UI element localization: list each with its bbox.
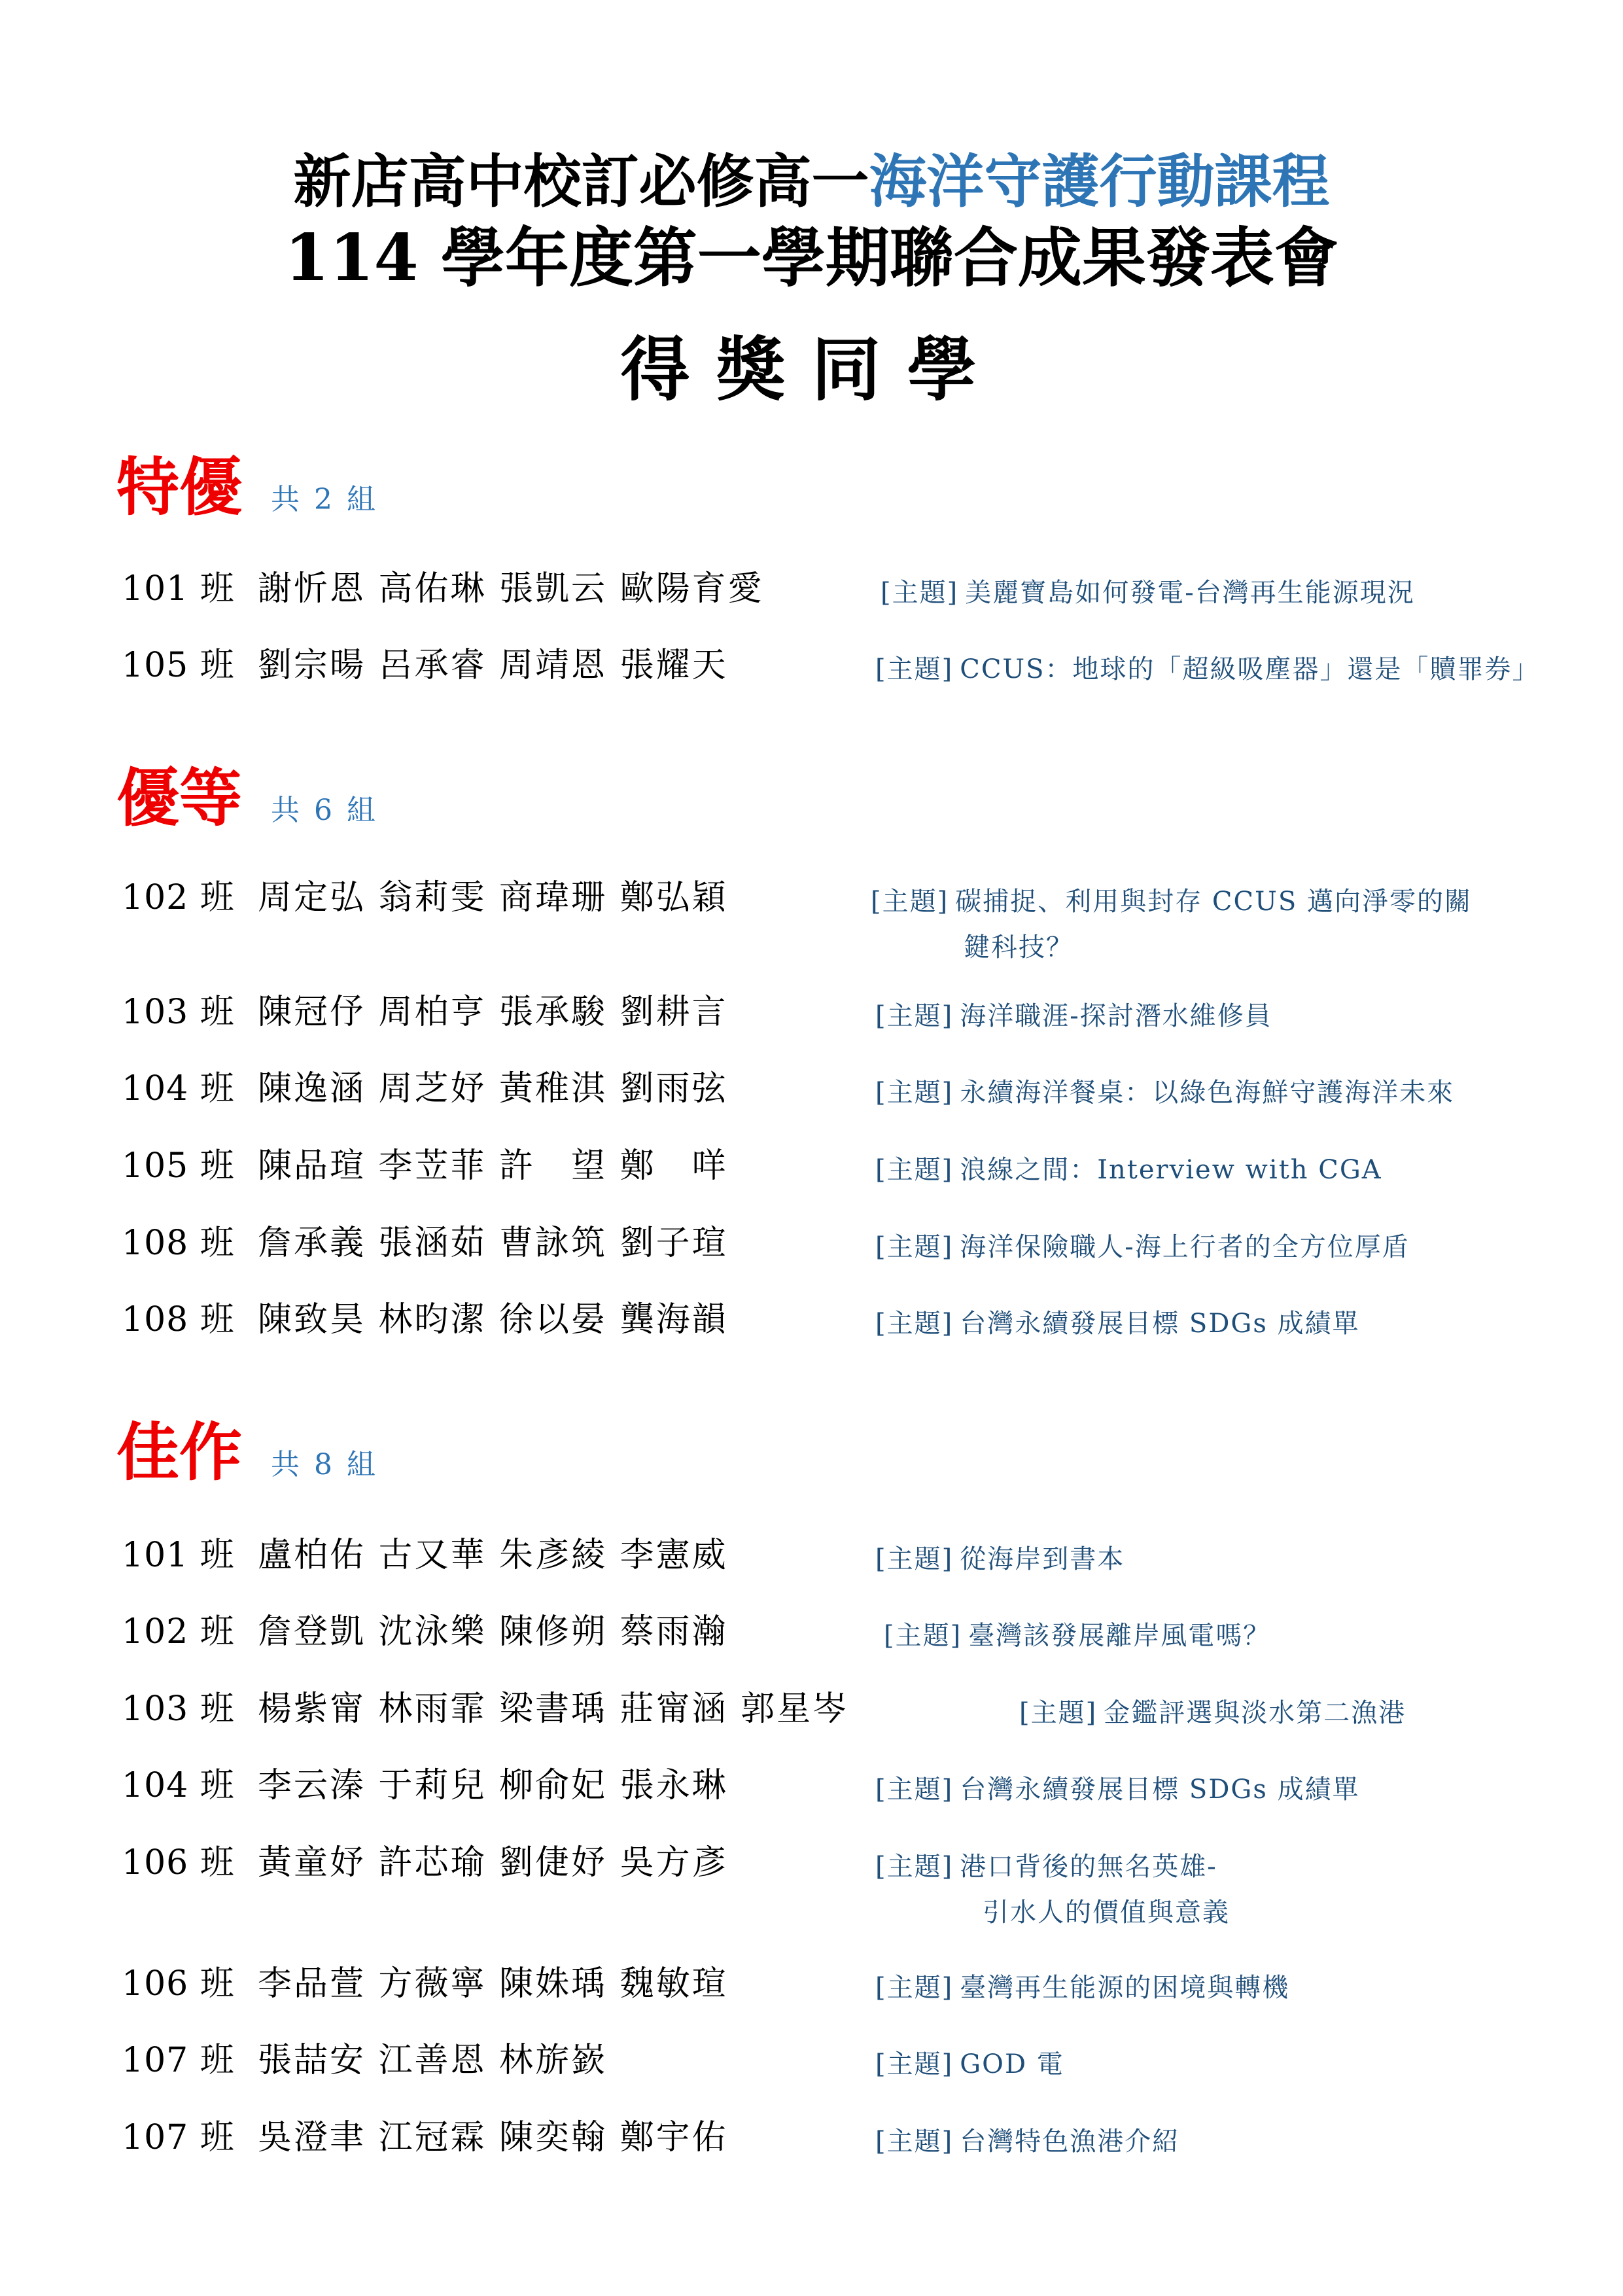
class-label: 107 班 — [122, 2117, 235, 2159]
topic-text: 港口背後的無名英雄- — [960, 1852, 1217, 1882]
topic-tag: [主題] — [875, 1544, 953, 1574]
topic-tag: [主題] — [875, 2127, 953, 2157]
class-label: 101 班 — [122, 568, 235, 610]
topic-text: 台灣特色漁港介紹 — [960, 2127, 1179, 2157]
topic-text: 浪線之間：Interview with CGA — [960, 1155, 1382, 1185]
topic-tag: [主題] — [875, 654, 953, 684]
header-course-name: 海洋守護行動課程 — [869, 147, 1330, 215]
topic-tag: [主題] — [884, 1621, 962, 1651]
topic-text: 臺灣再生能源的困境與轉機 — [960, 1973, 1289, 2003]
header-award-students: 得獎同學 — [0, 327, 1623, 412]
class-label: 102 班 — [122, 1611, 235, 1653]
award-heading-special-excellence: 特優 共 2 組 — [116, 451, 378, 523]
header-course-title: 新店高中校訂必修高一海洋守護行動課程 — [0, 145, 1623, 217]
student-names: 劉宗暘 呂承睿 周靖恩 張耀天 — [258, 645, 728, 686]
class-label: 108 班 — [122, 1222, 235, 1264]
student-names: 陳致昊 林昀潔 徐以晏 龔海韻 — [258, 1299, 728, 1341]
award-heading-excellence: 優等 共 6 組 — [116, 762, 378, 834]
class-label: 105 班 — [122, 645, 235, 686]
award-announcement-page: 新店高中校訂必修高一海洋守護行動課程 114 學年度第一學期聯合成果發表會 得獎… — [0, 0, 1623, 2296]
topic-tag: [主題] — [875, 1232, 953, 1262]
topic-tag: [主題] — [875, 1155, 953, 1185]
topic-text: 金鑑評選與淡水第二漁港 — [1104, 1698, 1406, 1728]
topic-tag: [主題] — [875, 1775, 953, 1805]
topic-tag: [主題] — [875, 1852, 953, 1882]
topic: [主題]港口背後的無名英雄-引水人的價值與意義 — [875, 1848, 1230, 1931]
topic: [主題]金鑑評選與淡水第二漁港 — [1019, 1695, 1406, 1731]
header-event-title: 114 學年度第一學期聯合成果發表會 — [0, 219, 1623, 298]
topic-text: 海洋職涯-探討潛水維修員 — [960, 1001, 1272, 1031]
student-names: 黃童妤 許芯瑜 劉倢妤 吳方彥 — [258, 1842, 728, 1884]
topic-tag: [主題] — [875, 2049, 953, 2079]
header-school-text: 新店高中校訂必修高一 — [293, 147, 869, 215]
topic-text: 台灣永續發展目標 SDGs 成績單 — [960, 1309, 1359, 1339]
class-label: 106 班 — [122, 1963, 235, 2005]
topic: [主題]永續海洋餐桌：以綠色海鮮守護海洋未來 — [875, 1074, 1454, 1111]
topic-tag: [主題] — [875, 1973, 953, 2003]
class-label: 104 班 — [122, 1765, 235, 1807]
topic-text: 台灣永續發展目標 SDGs 成績單 — [960, 1775, 1359, 1805]
award-title: 優等 — [116, 762, 242, 834]
class-label: 103 班 — [122, 1688, 235, 1730]
topic-text: 臺灣該發展離岸風電嗎？ — [968, 1621, 1270, 1651]
topic: [主題]台灣特色漁港介紹 — [875, 2123, 1179, 2160]
topic-text-continued: 鍵科技？ — [871, 929, 1472, 966]
student-names: 謝忻恩 高佑琳 張凱云 歐陽育愛 — [258, 568, 764, 610]
topic-tag: [主題] — [875, 1309, 953, 1339]
topic: [主題]台灣永續發展目標 SDGs 成績單 — [875, 1771, 1360, 1808]
student-names: 周定弘 翁莉雯 商瑋珊 鄭弘穎 — [258, 877, 728, 919]
topic: [主題]從海岸到書本 — [875, 1541, 1125, 1578]
topic-text-continued: 引水人的價值與意義 — [875, 1894, 1230, 1931]
class-label: 108 班 — [122, 1299, 235, 1341]
student-names: 楊紫甯 林雨霏 梁書瑀 莊甯涵 郭星岑 — [258, 1688, 848, 1730]
class-label: 103 班 — [122, 991, 235, 1033]
class-label: 106 班 — [122, 1842, 235, 1884]
topic: [主題]美麗寶島如何發電-台灣再生能源現況 — [881, 574, 1415, 611]
award-heading-honorable-mention: 佳作 共 8 組 — [116, 1417, 378, 1489]
student-names: 陳逸涵 周芝妤 黃稚淇 劉雨弦 — [258, 1068, 728, 1110]
topic-text: 永續海洋餐桌：以綠色海鮮守護海洋未來 — [960, 1078, 1454, 1108]
topic-text: GOD 電 — [960, 2049, 1064, 2079]
award-count: 共 2 組 — [271, 476, 378, 518]
topic-text: 從海岸到書本 — [960, 1544, 1125, 1574]
student-names: 陳冠伃 周柏亨 張承駿 劉耕言 — [258, 991, 728, 1033]
student-names: 盧柏佑 古又華 朱彥綾 李憲威 — [258, 1534, 728, 1576]
award-title: 佳作 — [116, 1417, 242, 1489]
award-count: 共 8 組 — [271, 1441, 378, 1483]
topic: [主題]碳捕捉、利用與封存 CCUS 邁向淨零的關鍵科技？ — [871, 883, 1472, 966]
student-names: 張喆安 江善恩 林旂嶔 — [258, 2040, 607, 2081]
topic-tag: [主題] — [881, 578, 958, 608]
class-label: 102 班 — [122, 877, 235, 919]
topic-text: CCUS：地球的「超級吸塵器」還是「贖罪券」 — [960, 654, 1539, 684]
student-names: 詹承義 張涵茹 曹詠筑 劉子瑄 — [258, 1222, 728, 1264]
student-names: 詹登凱 沈泳樂 陳修朔 蔡雨瀚 — [258, 1611, 728, 1653]
topic-tag: [主題] — [1019, 1698, 1097, 1728]
topic: [主題]CCUS：地球的「超級吸塵器」還是「贖罪券」 — [875, 651, 1540, 688]
student-names: 陳品瑄 李苙菲 許 望 鄭 咩 — [258, 1145, 728, 1187]
student-names: 李品萱 方薇寧 陳姝瑀 魏敏瑄 — [258, 1963, 728, 2005]
topic-tag: [主題] — [875, 1001, 953, 1031]
class-label: 104 班 — [122, 1068, 235, 1110]
topic-text: 美麗寶島如何發電-台灣再生能源現況 — [965, 578, 1415, 608]
topic-tag: [主題] — [875, 1078, 953, 1108]
topic: [主題]臺灣該發展離岸風電嗎？ — [884, 1617, 1270, 1654]
student-names: 吳澄聿 江冠霖 陳奕翰 鄭宇佑 — [258, 2117, 728, 2159]
topic: [主題]臺灣再生能源的困境與轉機 — [875, 1969, 1289, 2006]
topic: [主題]海洋職涯-探討潛水維修員 — [875, 998, 1272, 1034]
topic: [主題]浪線之間：Interview with CGA — [875, 1152, 1382, 1188]
award-count: 共 6 組 — [271, 786, 378, 828]
topic-text: 碳捕捉、利用與封存 CCUS 邁向淨零的關 — [955, 887, 1472, 917]
class-label: 101 班 — [122, 1534, 235, 1576]
topic-text: 海洋保險職人-海上行者的全方位厚盾 — [960, 1232, 1410, 1262]
topic: [主題]台灣永續發展目標 SDGs 成績單 — [875, 1305, 1360, 1342]
topic-tag: [主題] — [871, 887, 949, 917]
topic: [主題]海洋保險職人-海上行者的全方位厚盾 — [875, 1229, 1410, 1265]
student-names: 李云溱 于莉兒 柳俞妃 張永琳 — [258, 1765, 728, 1807]
topic: [主題]GOD 電 — [875, 2046, 1064, 2083]
class-label: 105 班 — [122, 1145, 235, 1187]
award-title: 特優 — [116, 451, 242, 523]
class-label: 107 班 — [122, 2040, 235, 2081]
